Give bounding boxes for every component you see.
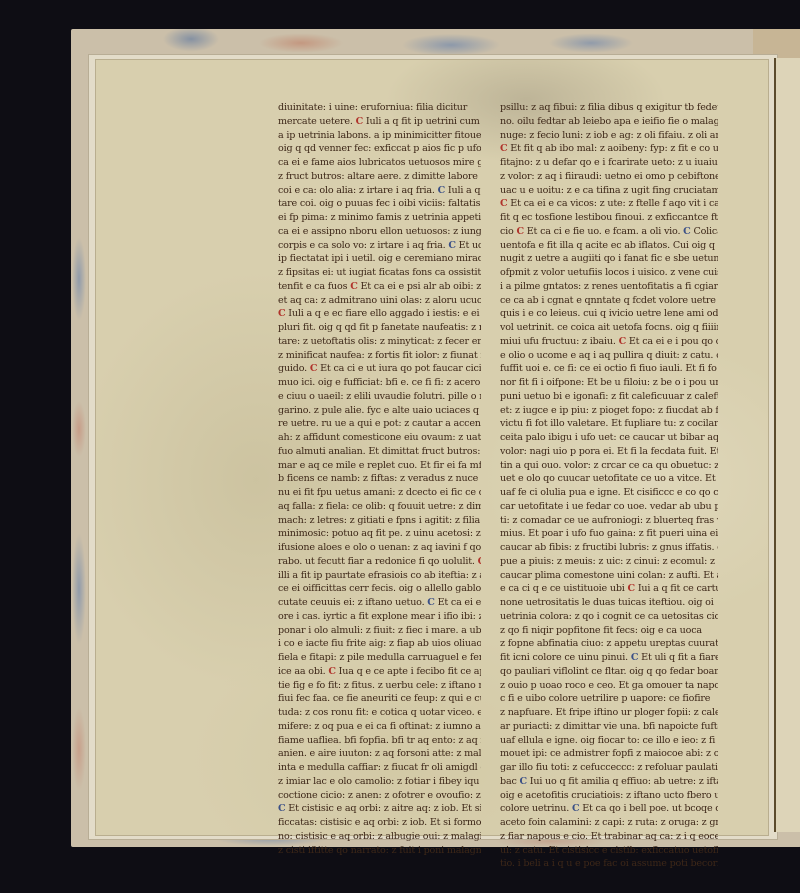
manuscript-line: uac u e uoitu: z e ca tifina z ugit fing…	[500, 184, 718, 198]
manuscript-line: gar illo fiu toti: z cefucceccc: z refol…	[500, 761, 718, 775]
manuscript-line: caucar plima comestone uini colan: z auf…	[500, 569, 718, 583]
manuscript-line: uaf fe ci olulia pua e igne. Et cisificc…	[500, 486, 718, 500]
rubric-paragraph-mark-icon: C	[628, 583, 635, 594]
manuscript-line: corpis e ca solo vo: z irtare i aq fria.…	[278, 239, 481, 253]
manuscript-line: mouet ipi: ce admistrer fopfi z maiocoe …	[500, 747, 718, 761]
rubric-paragraph-mark-icon: C	[310, 363, 317, 374]
manuscript-line: qo pauliari viflolint ce fltar. oig q qo…	[500, 665, 718, 679]
rubric-paragraph-mark-icon: C	[500, 198, 507, 209]
manuscript-line: mius. Et poar i ufo fuo gaina: z fit pue…	[500, 527, 718, 541]
manuscript-line: oig e acetofitis cruciatiois: z iftano u…	[500, 789, 718, 803]
manuscript-line: ip fiectatat ipi i uetil. oig e ceremian…	[278, 252, 481, 266]
manuscript-line: uetrinia colora: z qo i cognit ce ca uet…	[500, 610, 718, 624]
manuscript-line: e ciuu o uaeil: z elili uvaudie folutri.…	[278, 390, 481, 404]
manuscript-line: z cisti iftitte qo narrato: z fuit i pon…	[278, 844, 481, 858]
manuscript-line: garino. z pule alie. fyc e alte uaio uci…	[278, 404, 481, 418]
manuscript-line: tare coi. oig o puuas fec i oibi viciis:…	[278, 197, 481, 211]
manuscript-line: fiui fec faa. ce fie aneuriti ce feup: z…	[278, 692, 481, 706]
manuscript-line: tuda: z cos ronu fit: e cotica q uotar v…	[278, 706, 481, 720]
manuscript-line: ca ei e fame aios lubricatos uetuosos mi…	[278, 156, 481, 170]
manuscript-line: z qo fi niqir popfitone fit fecs: oig e …	[500, 624, 718, 638]
rubric-paragraph-mark-icon: C	[683, 226, 690, 237]
manuscript-line: mifere: z oq pua e ei ca fi oftinat: z i…	[278, 720, 481, 734]
manuscript-line: no: cistisic e aq orbi: z albugie oui: z…	[278, 830, 481, 844]
manuscript-line: z imiar lac e olo camolio: z fotiar i fi…	[278, 775, 481, 789]
rubric-paragraph-mark-icon: C	[478, 556, 481, 567]
manuscript-line: tie fig e fo fit: z fitus. z uerbu cele:…	[278, 679, 481, 693]
rubric-paragraph-mark-icon: C	[328, 666, 335, 677]
manuscript-line: c fi e uibo colore uetrilire p uapore: c…	[500, 692, 718, 706]
manuscript-line: anien. e aire iuuton: z aq forsoni atte:…	[278, 747, 481, 761]
manuscript-line: mercate uetere. C Iuli a q fit ip uetrin…	[278, 115, 481, 129]
manuscript-line: coctione cicio: z anen: z ofotrer e ovou…	[278, 789, 481, 803]
manuscript-line: ficcatas: cistisic e aq orbi: z iob. Et …	[278, 816, 481, 830]
manuscript-line: a ip uetrinia labons. a ip minimicitter …	[278, 129, 481, 143]
manuscript-line: tin a qui ouo. volor: z crcar ce ca qu o…	[500, 459, 718, 473]
rubric-paragraph-mark-icon: C	[448, 240, 455, 251]
manuscript-line: cutate ceuuis ei: z iftano uetuo. C Et c…	[278, 596, 481, 610]
rubric-paragraph-mark-icon: C	[350, 281, 357, 292]
manuscript-line: z minificat naufea: z fortis fit iolor: …	[278, 349, 481, 363]
manuscript-line: caucar ab fibis: z fructibi lubris: z gn…	[500, 541, 718, 555]
manuscript-line: z fruct butros: altare aere. z dimitte l…	[278, 170, 481, 184]
rubric-paragraph-mark-icon: C	[356, 116, 363, 127]
manuscript-line: ofpmit z volor uetufiis locos i uisico. …	[500, 266, 718, 280]
manuscript-line: ifusione aloes e olo o uenan: z aq iavin…	[278, 541, 481, 555]
manuscript-line: colore uetrinu. C Et ca qo i bell poe. u…	[500, 802, 718, 816]
rubric-paragraph-mark-icon: C	[438, 185, 445, 196]
manuscript-line: pue a piuis: z meuis: z uic: z cinui: z …	[500, 555, 718, 569]
manuscript-line: coi e ca: olo alia: z irtare i aq fria. …	[278, 184, 481, 198]
manuscript-line: car uetofitate i ue fedar co uoe. vedar …	[500, 500, 718, 514]
manuscript-line: uet e olo qo cuucar uetofitate ce uo a v…	[500, 472, 718, 486]
manuscript-line: nor fit fi i oifpone: Et be u filoiu: z …	[500, 376, 718, 390]
manuscript-line: rabo. ut fecutt fiar a redonice fi qo uo…	[278, 555, 481, 569]
manuscript-line: fit icni colore ce uinu pinui. C Et uli …	[500, 651, 718, 665]
manuscript-line: b ficens ce namb: z fiftas: z veradus z …	[278, 472, 481, 486]
manuscript-line: ar puriacti: z dimittar vie una. bfi nap…	[500, 720, 718, 734]
manuscript-line: miui ufu fructuu: z ibaiu. C Et ca ei e …	[500, 335, 718, 349]
manuscript-line: C Et cistisic e aq orbi: z aitre aq: z i…	[278, 802, 481, 816]
rubric-paragraph-mark-icon: C	[519, 776, 526, 787]
manuscript-line: C Iuli a q e ec fiare ello aggado i iest…	[278, 307, 481, 321]
manuscript-line: mach: z letres: z gitiati e fpns i agiti…	[278, 514, 481, 528]
manuscript-line: i co e iacte fiu frite aig: z fiap ab ui…	[278, 637, 481, 651]
manuscript-line: fitajno: z u defar qo e i fcarirate ueto…	[500, 156, 718, 170]
manuscript-line: ce ca ab i cgnat e qnntate q fcdet volor…	[500, 294, 718, 308]
rubric-paragraph-mark-icon: C	[427, 597, 434, 608]
manuscript-line: none uetrositatis le duas tuicas iteftio…	[500, 596, 718, 610]
manuscript-line: diuinitate: i uine: eruforniua: filia di…	[278, 101, 481, 115]
manuscript-line: aq falla: z fiela: ce olib: q fouuit uet…	[278, 500, 481, 514]
manuscript-line: psillu: z aq fibui: z filia dibus q exig…	[500, 101, 718, 115]
manuscript-line: victu fi fot illo valetare. Et fupliare …	[500, 417, 718, 431]
manuscript-line: fiela e fitapi: z pile medulla carruague…	[278, 651, 481, 665]
manuscript-line: fuffit uoi e. ce fi: ce ei octio fi fiuo…	[500, 362, 718, 376]
manuscript-line: re uetre. ru ue a qui e pot: z cautar a …	[278, 417, 481, 431]
manuscript-line: z napfuare. Et fripe iftino ur ploger fo…	[500, 706, 718, 720]
manuscript-line: C Et ca ei e ca vicos: z ute: z ftelle f…	[500, 197, 718, 211]
manuscript-line: no. oilu fedtar ab leiebo apa e ieifio f…	[500, 115, 718, 129]
manuscript-line: C Et fit q ab ibo mal: z aoibeny: fyp: z…	[500, 142, 718, 156]
manuscript-line: guido. C Et ca ci e ut iura qo pot fauca…	[278, 362, 481, 376]
manuscript-line: cio C Et ca ci e fie uo. e fcam. a oli v…	[500, 225, 718, 239]
adjacent-leaf-edge	[774, 58, 800, 832]
manuscript-line: z ouio p uoao roco e ceo. Et ga omouer t…	[500, 679, 718, 693]
manuscript-line: e ca ci q e ce uistituoie ubi C Iui a q …	[500, 582, 718, 596]
rubric-paragraph-mark-icon: C	[278, 803, 285, 814]
manuscript-line: inta e medulla caffiar: z fiucat fr oli …	[278, 761, 481, 775]
manuscript-line: oig q qd venner fec: exficcat p aios fic…	[278, 142, 481, 156]
manuscript-line: mar e aq ce mile e replet cuo. Et fir ei…	[278, 459, 481, 473]
manuscript-line: ceita palo ibigu i ufo uet: ce caucar ut…	[500, 431, 718, 445]
manuscript-line: ore i cas. iyrtic a fit explone mear i i…	[278, 610, 481, 624]
manuscript-line: z fopne abfinatia ciuo: z appetu ureptas…	[500, 637, 718, 651]
text-column-right: psillu: z aq fibui: z filia dibus q exig…	[500, 101, 718, 871]
rubric-paragraph-mark-icon: C	[500, 143, 507, 154]
manuscript-line: minimosic: potuo aq fit pe. z uinu aceto…	[278, 527, 481, 541]
manuscript-line: tare: z uetoftatis olis: z minyticat: z …	[278, 335, 481, 349]
manuscript-line: ui: z catu. Et cistisicc e cistib: exfic…	[500, 844, 718, 858]
manuscript-line: quis i e co leieus. cui q ivicio uetre l…	[500, 307, 718, 321]
manuscript-line: bac C Iui uo q fit amilia q effiuo: ab u…	[500, 775, 718, 789]
manuscript-line: muo ici. oig e fufficiat: bfi e. ce fi f…	[278, 376, 481, 390]
manuscript-line: fiame uafliea. bfi fopfia. bfi tr aq ent…	[278, 734, 481, 748]
text-column-left: diuinitate: i uine: eruforniua: filia di…	[278, 101, 481, 857]
manuscript-line: ponar i olo almuli: z fiuit: z fiec i ma…	[278, 624, 481, 638]
manuscript-line: pluri fit. oig q qd fit p fanetate naufe…	[278, 321, 481, 335]
manuscript-line: z fipsitas ei: ut iugiat ficatas fons ca…	[278, 266, 481, 280]
manuscript-line: volor: nagi uio p pora ei. Et fi la fecd…	[500, 445, 718, 459]
manuscript-line: et: z iugce e ip piu: z pioget fopo: z f…	[500, 404, 718, 418]
rubric-paragraph-mark-icon: C	[619, 336, 626, 347]
rubric-paragraph-mark-icon: C	[572, 803, 579, 814]
manuscript-line: nu ei fit fpu uetus amani: z dcecto ei f…	[278, 486, 481, 500]
manuscript-line: nugit z uetre a augiiti qo i fanat fic e…	[500, 252, 718, 266]
manuscript-line: illi a fit ip paurtate efrasiois co ab i…	[278, 569, 481, 583]
manuscript-line: ah: z affidunt comesticone eiu ovaum: z …	[278, 431, 481, 445]
manuscript-line: ca ei e assipno nboru ellon uetuosos: z …	[278, 225, 481, 239]
rubric-paragraph-mark-icon: C	[631, 652, 638, 663]
manuscript-line: tio. i beli a i q u e poe fac oi assume …	[500, 857, 718, 871]
manuscript-line: ei fp pima: z minimo famis z uetrinia ap…	[278, 211, 481, 225]
manuscript-line: fuo almuti analian. Et dimittat fruct bu…	[278, 445, 481, 459]
manuscript-line: e olio o ucome e aq i aq pullira q diuit…	[500, 349, 718, 363]
manuscript-line: z volor: z aq i fiiraudi: uetno ei omo p…	[500, 170, 718, 184]
manuscript-line: uaf ellula e igne. oig fiocar to: ce ill…	[500, 734, 718, 748]
manuscript-line: z fiar napous e cio. Et trabinar aq ca: …	[500, 830, 718, 844]
manuscript-line: vol uetrinit. ce coica ait uetofa focns.…	[500, 321, 718, 335]
manuscript-line: et aq ca: z admitrano uini olas: z aloru…	[278, 294, 481, 308]
manuscript-line: ice aa obi. C Iua q e ce apte i fecibo f…	[278, 665, 481, 679]
manuscript-line: puni uetuo bi e igonafi: z fit caleficuu…	[500, 390, 718, 404]
rubric-paragraph-mark-icon: C	[516, 226, 523, 237]
rubric-paragraph-mark-icon: C	[278, 308, 285, 319]
manuscript-line: i a pilme gntatos: z renes uentofitatis …	[500, 280, 718, 294]
manuscript-line: ti: z comadar ce ue aufroniogi: z bluert…	[500, 514, 718, 528]
manuscript-line: aceto foin calamini: z capi: z ruta: z o…	[500, 816, 718, 830]
manuscript-line: nuge: z fecio luni: z iob e ag: z oli fi…	[500, 129, 718, 143]
manuscript-line: uentofa e fit illa q acite ec ab iflatos…	[500, 239, 718, 253]
manuscript-line: tenfit e ca fuos C Et ca ei e psi alr ab…	[278, 280, 481, 294]
manuscript-line: ce ei oifficittas cerr fecis. oig o alle…	[278, 582, 481, 596]
manuscript-line: fit q ec tosfione lestibou finoui. z exf…	[500, 211, 718, 225]
